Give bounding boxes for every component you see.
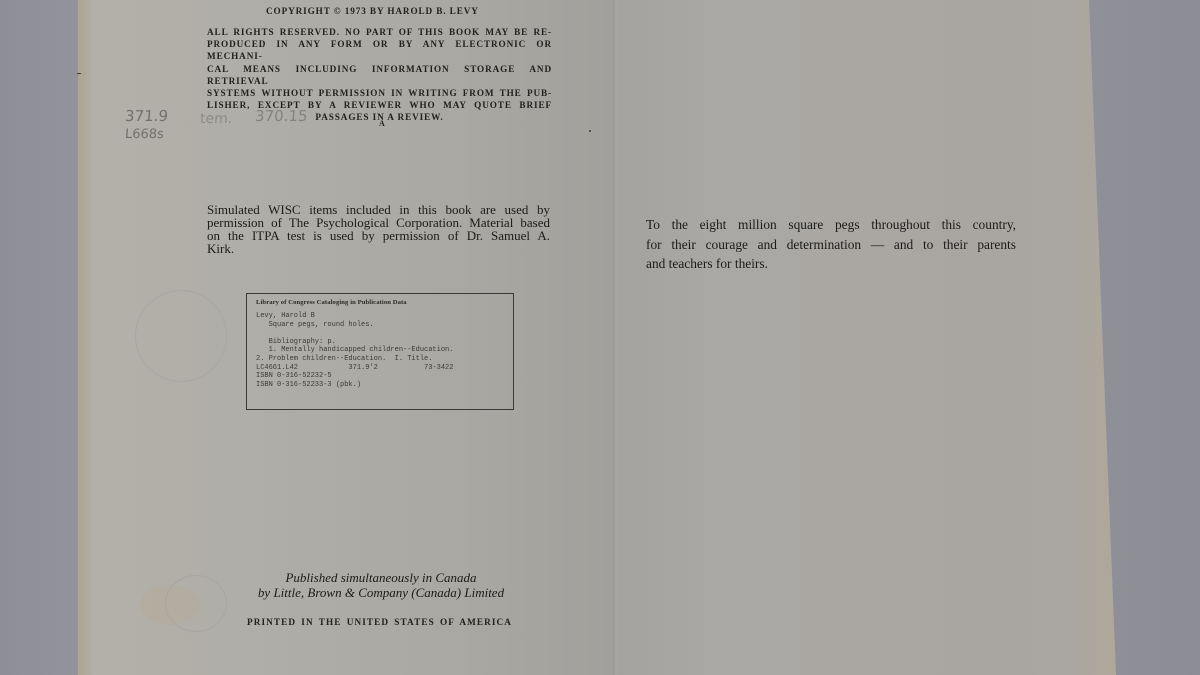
- book-gutter: [613, 0, 618, 675]
- dedication: To the eight million square pegs through…: [646, 215, 1016, 274]
- cip-line: Levy, Harold B: [256, 312, 504, 321]
- cip-data-box: Library of Congress Cataloging in Public…: [246, 293, 514, 410]
- permission-line: on the ITPA test is used by permission o…: [207, 229, 550, 242]
- cip-line: ​: [256, 329, 504, 338]
- rights-line: All rights reserved. No part of this boo…: [207, 26, 552, 38]
- cip-line: LC4661.L42 371.9'2 73-3422: [256, 364, 504, 373]
- handwritten-call-number: 371.9: [124, 109, 168, 124]
- cip-line: 2. Problem children--Education. I. Title…: [256, 355, 504, 364]
- handwritten-temp-label: tem.: [199, 112, 232, 127]
- publisher-line: by Little, Brown & Company (Canada) Limi…: [246, 585, 516, 600]
- dedication-line: for their courage and determination — an…: [646, 235, 1016, 255]
- rights-line: produced in any form or by any electroni…: [207, 38, 552, 62]
- handwritten-cutter-number: L668s: [124, 127, 164, 142]
- permission-notice: Simulated WISC items included in this bo…: [207, 203, 550, 255]
- printed-in-line: Printed in the United States of America: [247, 617, 512, 627]
- cip-line: 1. Mentally handicapped children--Educat…: [256, 346, 504, 355]
- showthrough-stamp: [135, 290, 227, 382]
- permission-line: Kirk.: [207, 242, 550, 255]
- publisher-line: Published simultaneously in Canada: [246, 570, 516, 585]
- cip-line: Bibliography: p.: [256, 338, 504, 347]
- showthrough-stamp: [165, 575, 227, 632]
- right-page: [617, 0, 1117, 675]
- cip-record: Levy, Harold B Square pegs, round holes.…: [256, 312, 504, 389]
- paper-speck: [589, 130, 591, 132]
- cip-title: Library of Congress Cataloging in Public…: [256, 299, 504, 306]
- publisher-note: Published simultaneously in Canada by Li…: [246, 570, 516, 600]
- copyright-line: Copyright © 1973 by Harold B. Levy: [266, 6, 566, 16]
- edition-mark: A: [379, 119, 385, 128]
- background-surface-left: [0, 0, 80, 675]
- handwritten-class-number: 370.15: [254, 109, 308, 124]
- cip-line: ISBN 0-316-52233-3 (pbk.): [256, 381, 504, 390]
- paper-speck: [77, 73, 81, 74]
- rights-line: cal means including information storage …: [207, 63, 552, 87]
- rights-line: systems without permission in writing fr…: [207, 87, 552, 99]
- dedication-line: and teachers for theirs.: [646, 254, 1016, 274]
- cip-line: Square pegs, round holes.: [256, 321, 504, 330]
- cip-line: ISBN 0-316-52232-5: [256, 372, 504, 381]
- dedication-line: To the eight million square pegs through…: [646, 215, 1016, 235]
